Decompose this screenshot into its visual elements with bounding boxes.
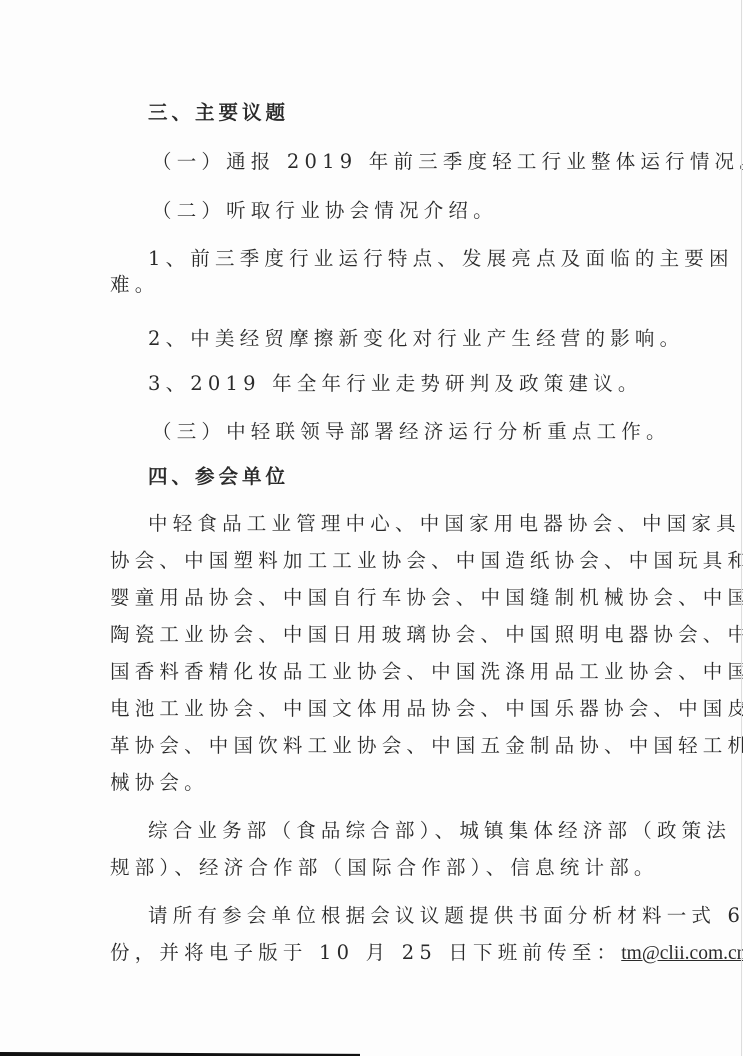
document-page: 三、主要议题 （一）通报 2019 年前三季度轻工行业整体运行情况。 （二）听取… (0, 0, 743, 1056)
attendees-line: 中轻食品工业管理中心、中国家用电器协会、中国家具 (148, 512, 741, 536)
section-heading-attendees: 四、参会单位 (148, 465, 289, 489)
attendees-line: 革协会、中国饮料工业协会、中国五金制品协、中国轻工机 (110, 734, 743, 758)
attendees-line: 国香料香精化妆品工业协会、中国洗涤用品工业协会、中国 (110, 660, 743, 684)
request-line-2: 份，并将电子版于 10 月 25 日下班前传至：tm@clii.com.cn。 (110, 941, 743, 966)
scan-edge-right (741, 0, 742, 1056)
agenda-subitem-3: 3、2019 年全年行业走势研判及政策建议。 (148, 372, 643, 396)
agenda-item-2: （二）听取行业协会情况介绍。 (152, 199, 498, 223)
attendees-line: 婴童用品协会、中国自行车协会、中国缝制机械协会、中国 (110, 586, 743, 610)
request-text: 份，并将电子版于 10 月 25 日下班前传至： (110, 941, 621, 964)
agenda-subitem-2: 2、中美经贸摩擦新变化对行业产生经营的影响。 (148, 327, 684, 351)
attendees-line: 协会、中国塑料加工工业协会、中国造纸协会、中国玩具和 (110, 549, 743, 573)
departments-line: 规部）、经济合作部（国际合作部）、信息统计部。 (110, 856, 659, 880)
request-line-1: 请所有参会单位根据会议议题提供书面分析材料一式 6 (148, 904, 743, 928)
attendees-line: 械协会。 (110, 771, 209, 795)
section-heading-agenda: 三、主要议题 (148, 101, 289, 125)
agenda-item-3: （三）中轻联领导部署经济运行分析重点工作。 (152, 420, 671, 444)
agenda-item-1: （一）通报 2019 年前三季度轻工行业整体运行情况。 (152, 150, 743, 174)
attendees-line: 电池工业协会、中国文体用品协会、中国乐器协会、中国皮 (110, 697, 743, 721)
attendees-line: 陶瓷工业协会、中国日用玻璃协会、中国照明电器协会、中 (110, 623, 743, 647)
departments-line: 综合业务部（食品综合部）、城镇集体经济部（政策法 (148, 819, 731, 843)
scan-edge-shadow (0, 1052, 360, 1056)
agenda-subitem-1-cont: 难。 (110, 273, 159, 297)
agenda-subitem-1: 1、前三季度行业运行特点、发展亮点及面临的主要困 (148, 247, 734, 271)
email-link[interactable]: tm@clii.com.cn (621, 943, 743, 964)
